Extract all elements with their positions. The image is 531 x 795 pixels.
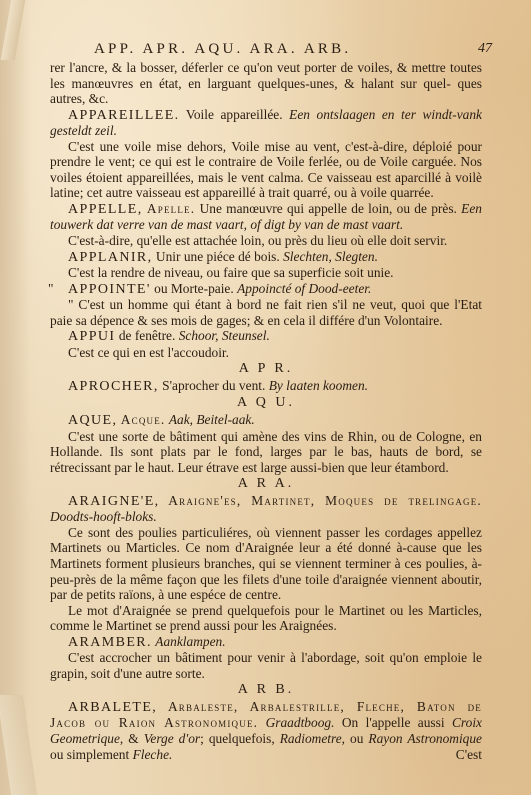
entry-appointe: " APPOINTE' ou Morte-paie. Appoincté of … (50, 281, 482, 298)
entry-description: C'est ce qui en est l'accoudoir. (50, 345, 482, 361)
entry-appareillee: APPAREILLEE. Voile appareillée. Een onts… (50, 107, 482, 139)
headword: AQUE, (68, 413, 117, 428)
entry-description: " C'est un homme qui étant à bord ne fai… (50, 297, 482, 328)
headword: APPOINTE' (68, 282, 151, 297)
quote-mark: " (30, 281, 53, 297)
section-heading-ara: A R A. (50, 476, 482, 492)
continuation-text: rer l'ancre, & la bosser, déferler ce qu… (50, 60, 482, 107)
entry-appelle: APPELLE, Apelle. Une manœuvre qui appell… (50, 201, 482, 233)
dutch-translation: Aanklampen. (155, 634, 225, 649)
entry-description: C'est une sorte de bâtiment qui amène de… (50, 429, 482, 476)
entry-aprocher: APROCHER, S'aprocher du vent. By laaten … (50, 378, 482, 395)
dutch-translation: By laaten koomen. (269, 378, 368, 393)
dutch-translation: Schoor, Steunsel. (179, 328, 270, 343)
entry-description: C'est la rendre de niveau, ou faire que … (50, 265, 482, 281)
dutch-translation: Appoincté of Dood-eeter. (237, 281, 371, 296)
dutch-translation: Doodts-hooft-bloks. (50, 509, 157, 524)
dictionary-body: rer l'ancre, & la bosser, déferler ce qu… (50, 60, 482, 762)
entry-arbalete: ARBALETE, Arbaleste, Arbalestrille, Flec… (50, 699, 482, 762)
entry-description: C'est accrocher un bâtiment pour venir à… (50, 650, 482, 681)
headword: ARAMBER. (68, 635, 152, 650)
entry-applanir: APPLANIR, Unir une piéce dé bois. Slecht… (50, 249, 482, 266)
entry-description: Ce sont des poulies particuliéres, où vi… (50, 525, 482, 603)
section-heading-arb: A R B. (50, 682, 482, 698)
entry-description: Le mot d'Araignée se prend quelquefois p… (50, 603, 482, 634)
dutch-translation: Slechten, Slegten. (283, 249, 378, 264)
entry-description: C'est-à-dire, qu'elle est attachée loin,… (50, 233, 482, 249)
entry-aramber: ARAMBER. Aanklampen. (50, 634, 482, 651)
page-number: 47 (478, 40, 492, 58)
headword: APROCHER, (68, 379, 159, 394)
entry-aque: AQUE, Acque. Aak, Beitel-aak. (50, 412, 482, 429)
headword: APPAREILLEE. (68, 108, 180, 123)
headword: APPLANIR, (68, 250, 153, 265)
entry-description: C'est une voile mise dehors, Voile mise … (50, 139, 482, 201)
catchword: C'est (438, 747, 482, 763)
running-head-title: APP. APR. AQU. ARA. ARB. (94, 40, 351, 58)
headword: ARBALETE, (68, 700, 157, 715)
page-edge (0, 0, 30, 795)
section-heading-aqu: A Q U. (50, 395, 482, 411)
entry-araignee: ARAIGNE'E, Araigne'es, Martinet, Moques … (50, 493, 482, 525)
headword: APPUI (68, 329, 115, 344)
headword: ARAIGNE'E, (68, 494, 160, 509)
headword: APPELLE, (68, 202, 143, 217)
section-heading-apr: A P R. (50, 361, 482, 377)
entry-appui: APPUI de fenêtre. Schoor, Steunsel. (50, 328, 482, 345)
dutch-translation: Graadtboog. (266, 715, 335, 730)
book-page: APP. APR. AQU. ARA. ARB. 47 rer l'ancre,… (0, 0, 531, 795)
dutch-translation: Aak, Beitel-aak. (169, 412, 255, 427)
